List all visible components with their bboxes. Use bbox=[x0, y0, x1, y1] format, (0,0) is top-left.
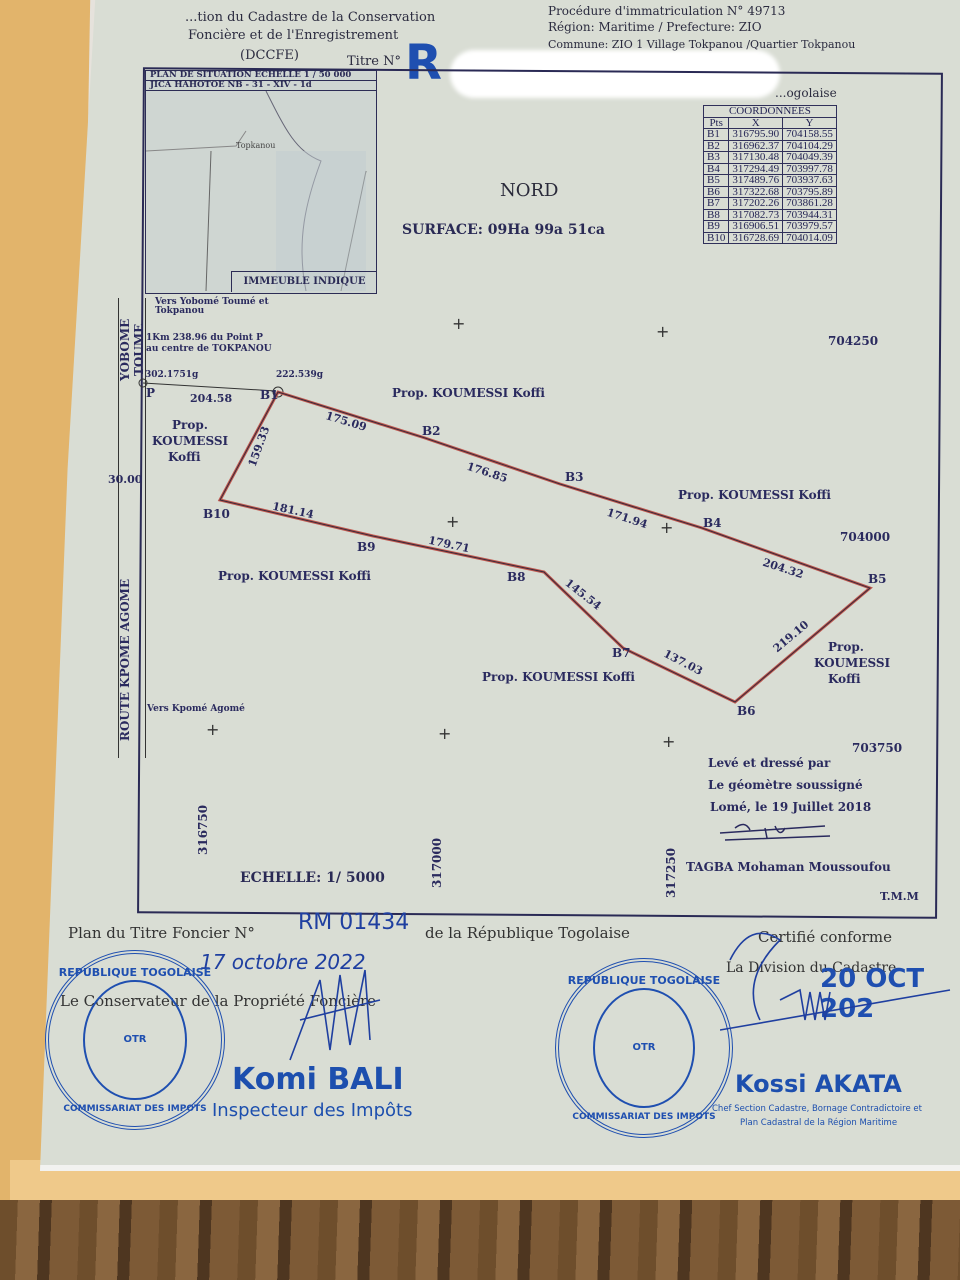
neighbor-east-1: Prop. bbox=[828, 640, 864, 654]
grid-x-317250: 317250 bbox=[664, 848, 678, 898]
left-signatory-title: Inspecteur des Impôts bbox=[212, 1100, 412, 1121]
surveyor-signature bbox=[715, 818, 835, 848]
grid-cross: + bbox=[452, 314, 465, 333]
point-b2: B2 bbox=[422, 424, 441, 438]
point-b9: B9 bbox=[357, 540, 376, 554]
grid-cross: + bbox=[656, 322, 669, 341]
point-b5: B5 bbox=[868, 572, 887, 586]
grid-y-703750: 703750 bbox=[852, 741, 902, 755]
grid-cross: + bbox=[662, 732, 675, 751]
plan-title-foncier: Plan du Titre Foncier N° bbox=[68, 924, 255, 942]
grid-cross: + bbox=[206, 720, 219, 739]
official-stamp-left: REPUBLIQUE TOGOLAISE OTR COMMISSARIAT DE… bbox=[45, 950, 225, 1130]
stamp-right-bottom: COMMISSARIAT DES IMPOTS bbox=[572, 1112, 715, 1122]
grid-cross: + bbox=[446, 512, 459, 531]
stamp-right-top: REPUBLIQUE TOGOLAISE bbox=[568, 974, 720, 987]
neighbor-east-3: Koffi bbox=[828, 672, 861, 686]
surveyor-line1: Levé et dressé par bbox=[708, 756, 830, 770]
stamp-left-emblem: OTR bbox=[83, 980, 187, 1101]
grid-y-704250: 704250 bbox=[828, 334, 878, 348]
surveyor-date: Lomé, le 19 Juillet 2018 bbox=[710, 800, 871, 814]
grid-cross: + bbox=[438, 724, 451, 743]
grid-x-317000: 317000 bbox=[430, 838, 444, 888]
grid-cross: + bbox=[660, 518, 673, 537]
official-stamp-right: REPUBLIQUE TOGOLAISE OTR COMMISSARIAT DE… bbox=[555, 958, 733, 1138]
point-b8: B8 bbox=[507, 570, 526, 584]
parcel-boundary bbox=[0, 0, 960, 960]
point-b6: B6 bbox=[737, 704, 756, 718]
scale-label: ECHELLE: 1/ 5000 bbox=[240, 870, 385, 886]
neighbor-west-2: KOUMESSI bbox=[152, 434, 228, 448]
plan-republic: de la République Togolaise bbox=[425, 924, 630, 942]
stamp-right-emblem: OTR bbox=[593, 988, 696, 1109]
grid-x-316750: 316750 bbox=[196, 805, 210, 855]
surveyor-initials: T.M.M bbox=[880, 890, 919, 903]
grid-y-704000: 704000 bbox=[840, 530, 890, 544]
wooden-table bbox=[0, 1195, 960, 1280]
signature-right bbox=[720, 920, 960, 1050]
stamp-left-top: REPUBLIQUE TOGOLAISE bbox=[59, 966, 211, 979]
neighbor-south-west: Prop. KOUMESSI Koffi bbox=[218, 569, 371, 583]
point-b3: B3 bbox=[565, 470, 584, 484]
neighbor-north: Prop. KOUMESSI Koffi bbox=[392, 386, 545, 400]
point-b10: B10 bbox=[203, 507, 230, 521]
stamp-left-bottom: COMMISSARIAT DES IMPOTS bbox=[63, 1104, 206, 1114]
neighbor-west-3: Koffi bbox=[168, 450, 201, 464]
surveyor-line2: Le géomètre soussigné bbox=[708, 778, 863, 792]
left-signatory-name: Komi BALI bbox=[232, 1062, 404, 1097]
neighbor-east-2: KOUMESSI bbox=[814, 656, 890, 670]
right-signatory-name: Kossi AKATA bbox=[735, 1070, 902, 1098]
surveyor-name: TAGBA Mohaman Moussoufou bbox=[686, 860, 891, 874]
signature-left bbox=[280, 960, 400, 1070]
point-b1: B1 bbox=[260, 388, 279, 402]
right-signatory-title-2: Plan Cadastral de la Région Maritime bbox=[740, 1118, 897, 1128]
neighbor-south: Prop. KOUMESSI Koffi bbox=[482, 670, 635, 684]
point-b4: B4 bbox=[703, 516, 722, 530]
titre-foncier-number: RM 01434 bbox=[298, 910, 409, 935]
right-signatory-title-1: Chef Section Cadastre, Bornage Contradic… bbox=[712, 1104, 922, 1114]
neighbor-east-top: Prop. KOUMESSI Koffi bbox=[678, 488, 831, 502]
point-b7: B7 bbox=[612, 646, 631, 660]
neighbor-west-1: Prop. bbox=[172, 418, 208, 432]
